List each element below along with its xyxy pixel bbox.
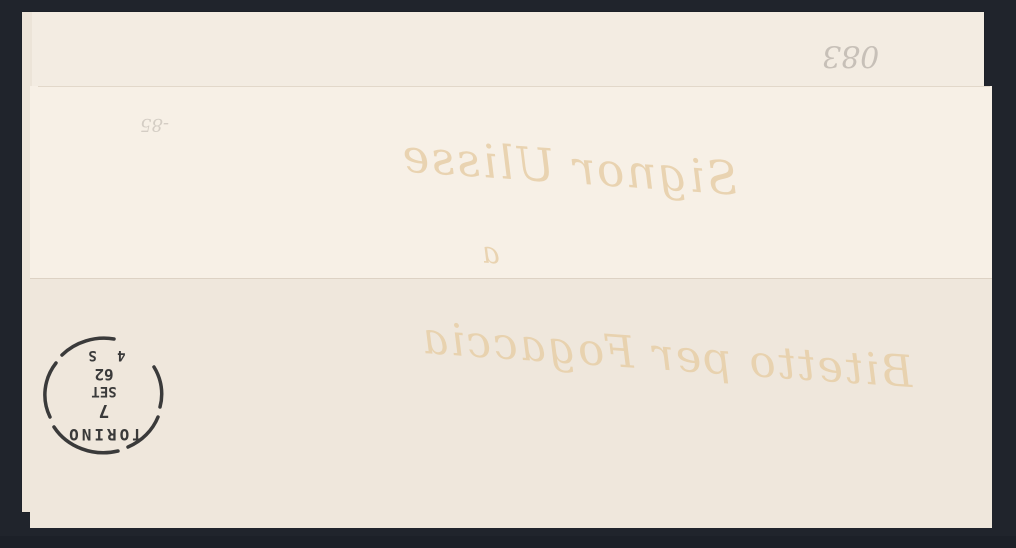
postmark-day: 7 (99, 400, 110, 421)
postmark-stamp-icon: TORINO 7 SET 62 4 S (34, 333, 174, 457)
postmark-time: 4 S (82, 347, 125, 363)
scan-bottom-border (0, 536, 1016, 548)
letter-photo: 083 -85 Signor Ulisse a Bitetto per Foga… (0, 0, 1016, 548)
fold-line (38, 86, 990, 87)
pencil-note-left: -85 (140, 114, 169, 135)
postmark-year: 62 (94, 365, 113, 384)
show-through-address-line2: a (479, 235, 501, 271)
postmark-town: TORINO (66, 425, 142, 444)
torino-postmark: TORINO 7 SET 62 4 S (34, 333, 174, 457)
pencil-note-top-right: 083 (822, 38, 879, 73)
lower-panel (30, 279, 992, 528)
postmark-month: SET (91, 383, 116, 399)
